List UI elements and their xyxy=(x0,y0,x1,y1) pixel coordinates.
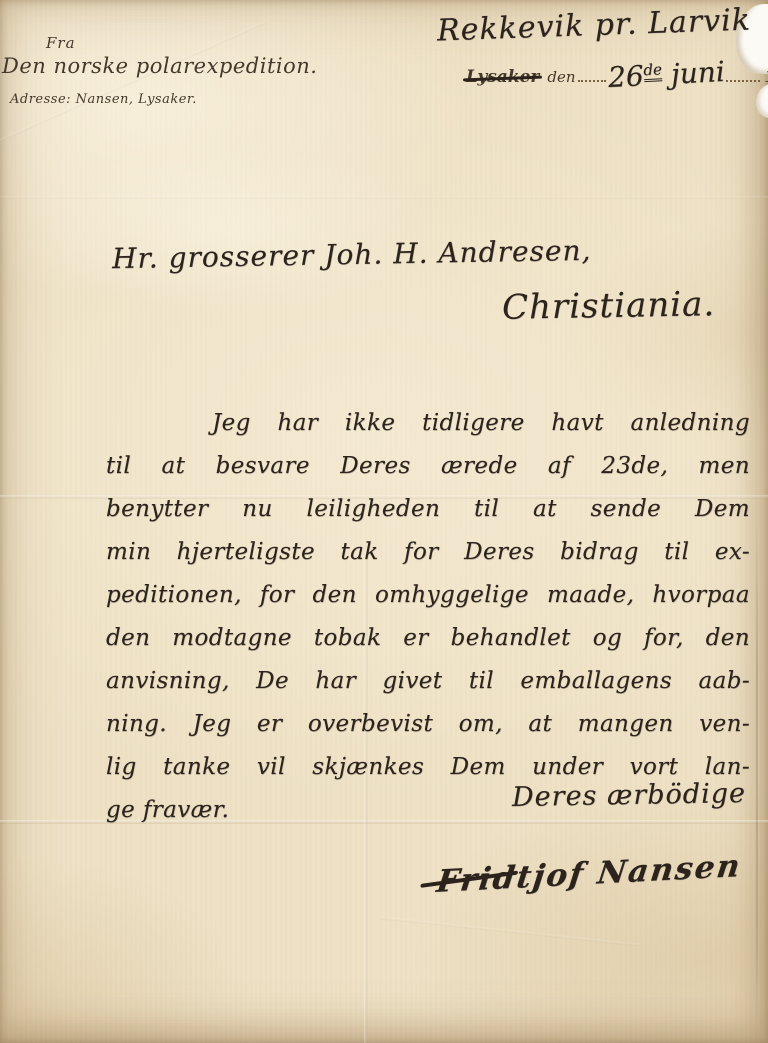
handwritten-day-suffix: de xyxy=(642,60,662,82)
handwritten-place: Rekkevik pr. Larvik xyxy=(436,3,751,49)
fold-crease-top xyxy=(0,196,768,199)
body-line: peditionen, for den omhyggelige maade, h… xyxy=(106,574,750,617)
letterhead-address: Adresse: Nansen, Lysaker. xyxy=(10,92,197,107)
letterhead-organization: Den norske polarexpedition. xyxy=(2,54,317,78)
handwritten-month: juni xyxy=(670,55,725,91)
body-line: ning. Jeg er overbevist om, at mangen ve… xyxy=(106,703,750,746)
dotted-rule xyxy=(726,68,760,82)
body-line: min hjerteligste tak for Deres bidrag ti… xyxy=(106,531,750,574)
printed-den-label: den xyxy=(547,68,575,86)
year: 1893 xyxy=(764,67,768,87)
paper-right-edge xyxy=(756,520,758,1020)
handwritten-date: 26de juni xyxy=(607,55,725,94)
printed-place-struck-out: Lysaker xyxy=(466,67,539,87)
body-line: til at besvare Deres ærede af 23de, men xyxy=(106,445,750,488)
dotted-rule xyxy=(578,68,606,82)
letter-page: Fra Den norske polarexpedition. Adresse:… xyxy=(0,0,768,1043)
valediction: Deres ærbödige xyxy=(512,778,746,813)
body-paragraph: Jeg har ikke tidligere havt anledning ti… xyxy=(106,402,750,832)
recipient-name-line: Hr. grosserer Joh. H. Andresen, xyxy=(112,234,592,275)
body-line: anvisning, De har givet til emballagens … xyxy=(106,660,750,703)
body-line: Jeg har ikke tidligere havt anledning xyxy=(106,402,750,445)
dateline: Lysaker den 26de juni 1893 xyxy=(466,56,768,89)
torn-edge-notch-small xyxy=(756,84,768,118)
letterhead-from-label: Fra xyxy=(46,34,76,52)
crease-diagonal-bottom xyxy=(381,916,640,946)
body-line: benytter nu leiligheden til at sende Dem xyxy=(106,488,750,531)
body-line: den modtagne tobak er behandlet og for, … xyxy=(106,617,750,660)
handwritten-day: 26 xyxy=(607,59,644,94)
recipient-city: Christiania. xyxy=(502,284,716,328)
signature: Fridtjof Nansen xyxy=(434,848,743,900)
